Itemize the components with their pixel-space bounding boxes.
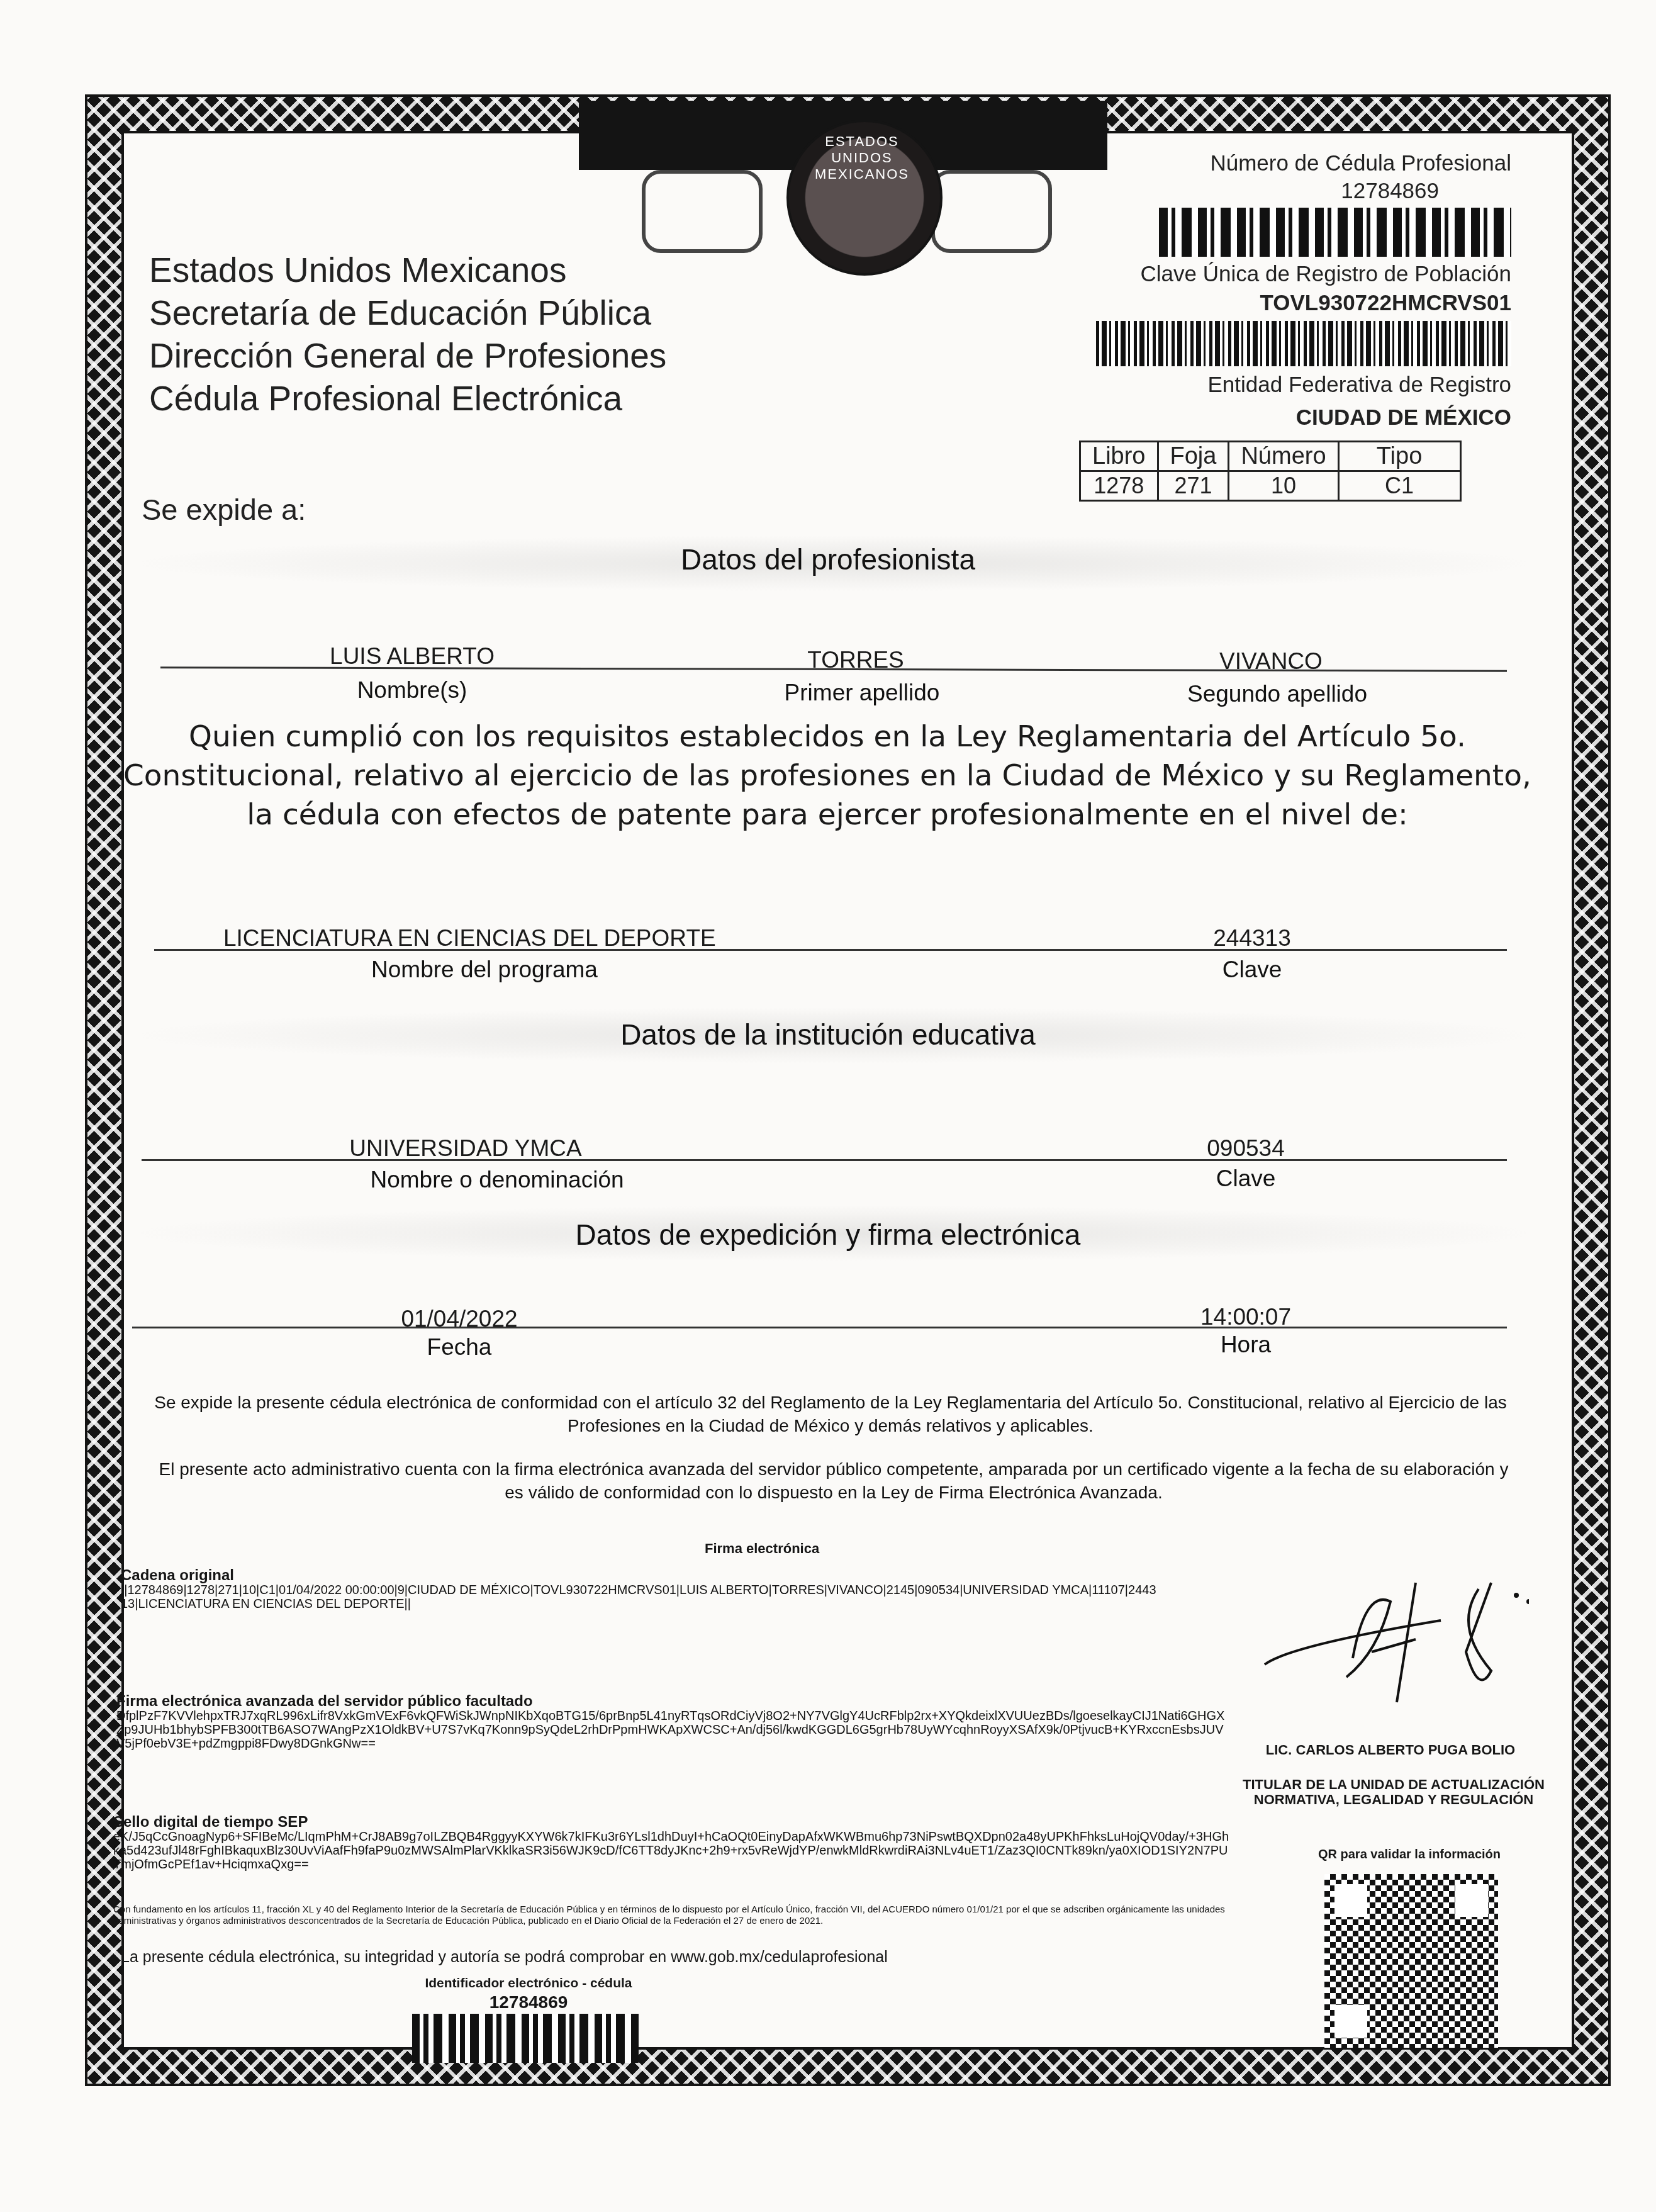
primer-apellido-label: Primer apellido (730, 680, 994, 706)
cadena-original-label: Cadena original (121, 1567, 234, 1585)
institucion-clave-label: Clave (1126, 1165, 1365, 1192)
section-title-profesionista: Datos del profesionista (0, 542, 1656, 576)
legal-paragraph-2: El presente acto administrativo cuenta c… (151, 1457, 1516, 1504)
seal-scroll-right (931, 170, 1052, 253)
signatory-name: LIC. CARLOS ALBERTO PUGA BOLIO (1239, 1742, 1541, 1758)
heading-line: Dirección General de Profesiones (149, 334, 666, 377)
heading-line: Secretaría de Educación Pública (149, 291, 666, 334)
entidad-value: CIUDAD DE MÉXICO (1071, 405, 1511, 430)
table-header: Número (1229, 442, 1338, 471)
fea-label: Firma electrónica avanzada del servidor … (116, 1693, 533, 1710)
table-header: Libro (1080, 442, 1158, 471)
curp-label: Clave Única de Registro de Población (1071, 262, 1511, 287)
heading-line: Estados Unidos Mexicanos (149, 249, 666, 291)
se-expide-label: Se expide a: (142, 492, 306, 527)
programa-clave-label: Clave (1133, 957, 1372, 983)
section-title-expedicion: Datos de expedición y firma electrónica (0, 1218, 1656, 1252)
institucion-value: UNIVERSIDAD YMCA (277, 1135, 654, 1162)
declaration-text: Quien cumplió con los requisitos estable… (94, 717, 1560, 834)
cadena-original-value: ||12784869|1278|271|10|C1|01/04/2022 00:… (121, 1583, 1159, 1611)
programa-label: Nombre del programa (264, 957, 705, 983)
fea-value: DfplPzF7KVVlehpxTRJ7xqRL996xLifr8VxkGmVE… (116, 1709, 1230, 1751)
table-cell: 10 (1229, 471, 1338, 501)
segundo-apellido-label: Segundo apellido (1145, 681, 1409, 707)
identificador-number: 12784869 (403, 1992, 654, 2013)
cedula-number: 12784869 (1071, 179, 1511, 204)
nombre-label: Nombre(s) (264, 677, 560, 704)
programa-clave-value: 244313 (1133, 925, 1372, 952)
declaration-line: Quien cumplió con los requisitos estable… (94, 717, 1560, 756)
cedula-barcode (1159, 208, 1511, 257)
issuer-heading: Estados Unidos Mexicanos Secretaría de E… (149, 249, 666, 420)
verification-text: La presente cédula electrónica, su integ… (121, 1948, 1065, 1967)
signature-graphic (1252, 1576, 1529, 1715)
heading-line: Cédula Profesional Electrónica (149, 377, 666, 420)
identificador-label: Identificador electrónico - cédula (403, 1976, 654, 1991)
qr-label: QR para validar la información (1296, 1848, 1523, 1862)
programa-rule (154, 949, 1507, 951)
institucion-label: Nombre o denominación (277, 1167, 717, 1193)
table-header: Tipo (1338, 442, 1460, 471)
nombre-value: LUIS ALBERTO (264, 643, 560, 670)
seal-scroll-left (642, 170, 763, 253)
curp-barcode (1096, 321, 1511, 366)
signatory-title-line: TITULAR DE LA UNIDAD DE ACTUALIZACIÓN (1233, 1777, 1554, 1792)
table-cell: C1 (1338, 471, 1460, 501)
seal-text: ESTADOS UNIDOS MEXICANOS (805, 133, 919, 182)
signatory-title: TITULAR DE LA UNIDAD DE ACTUALIZACIÓN NO… (1233, 1777, 1554, 1807)
expedicion-rule (132, 1327, 1507, 1328)
identificador-barcode (412, 2014, 639, 2063)
sello-label: Sello digital de tiempo SEP (113, 1814, 308, 1831)
legal-paragraph-1: Se expide la presente cédula electrónica… (120, 1391, 1541, 1437)
institucion-clave-value: 090534 (1126, 1135, 1365, 1162)
cedula-label: Número de Cédula Profesional (1071, 151, 1511, 176)
institucion-rule (142, 1159, 1507, 1161)
registry-table: Libro Foja Número Tipo 1278 271 10 C1 (1079, 441, 1462, 502)
signatory-title-line: NORMATIVA, LEGALIDAD Y REGULACIÓN (1233, 1792, 1554, 1807)
section-title-institucion: Datos de la institución educativa (0, 1018, 1656, 1052)
curp-value: TOVL930722HMCRVS01 (1071, 291, 1511, 316)
table-cell: 1278 (1080, 471, 1158, 501)
registry-block: Número de Cédula Profesional 12784869 Cl… (1071, 151, 1511, 430)
fecha-label: Fecha (333, 1334, 585, 1361)
table-header: Foja (1158, 442, 1229, 471)
declaration-line: la cédula con efectos de patente para ej… (94, 795, 1560, 834)
hora-label: Hora (1126, 1332, 1365, 1358)
table-cell: 271 (1158, 471, 1229, 501)
firma-electronica-title: Firma electrónica (705, 1541, 956, 1557)
qr-code-icon (1324, 1874, 1498, 2048)
declaration-line: Constitucional, relativo al ejercicio de… (94, 756, 1560, 795)
sello-value: eK/J5qCcGnoagNyp6+SFIBeMc/LIqmPhM+CrJ8AB… (113, 1830, 1230, 1872)
entidad-label: Entidad Federativa de Registro (1071, 373, 1511, 398)
fundamento-text: Con fundamento en los artículos 11, frac… (113, 1904, 1233, 1927)
programa-value: LICENCIATURA EN CIENCIAS DEL DEPORTE (189, 925, 821, 952)
